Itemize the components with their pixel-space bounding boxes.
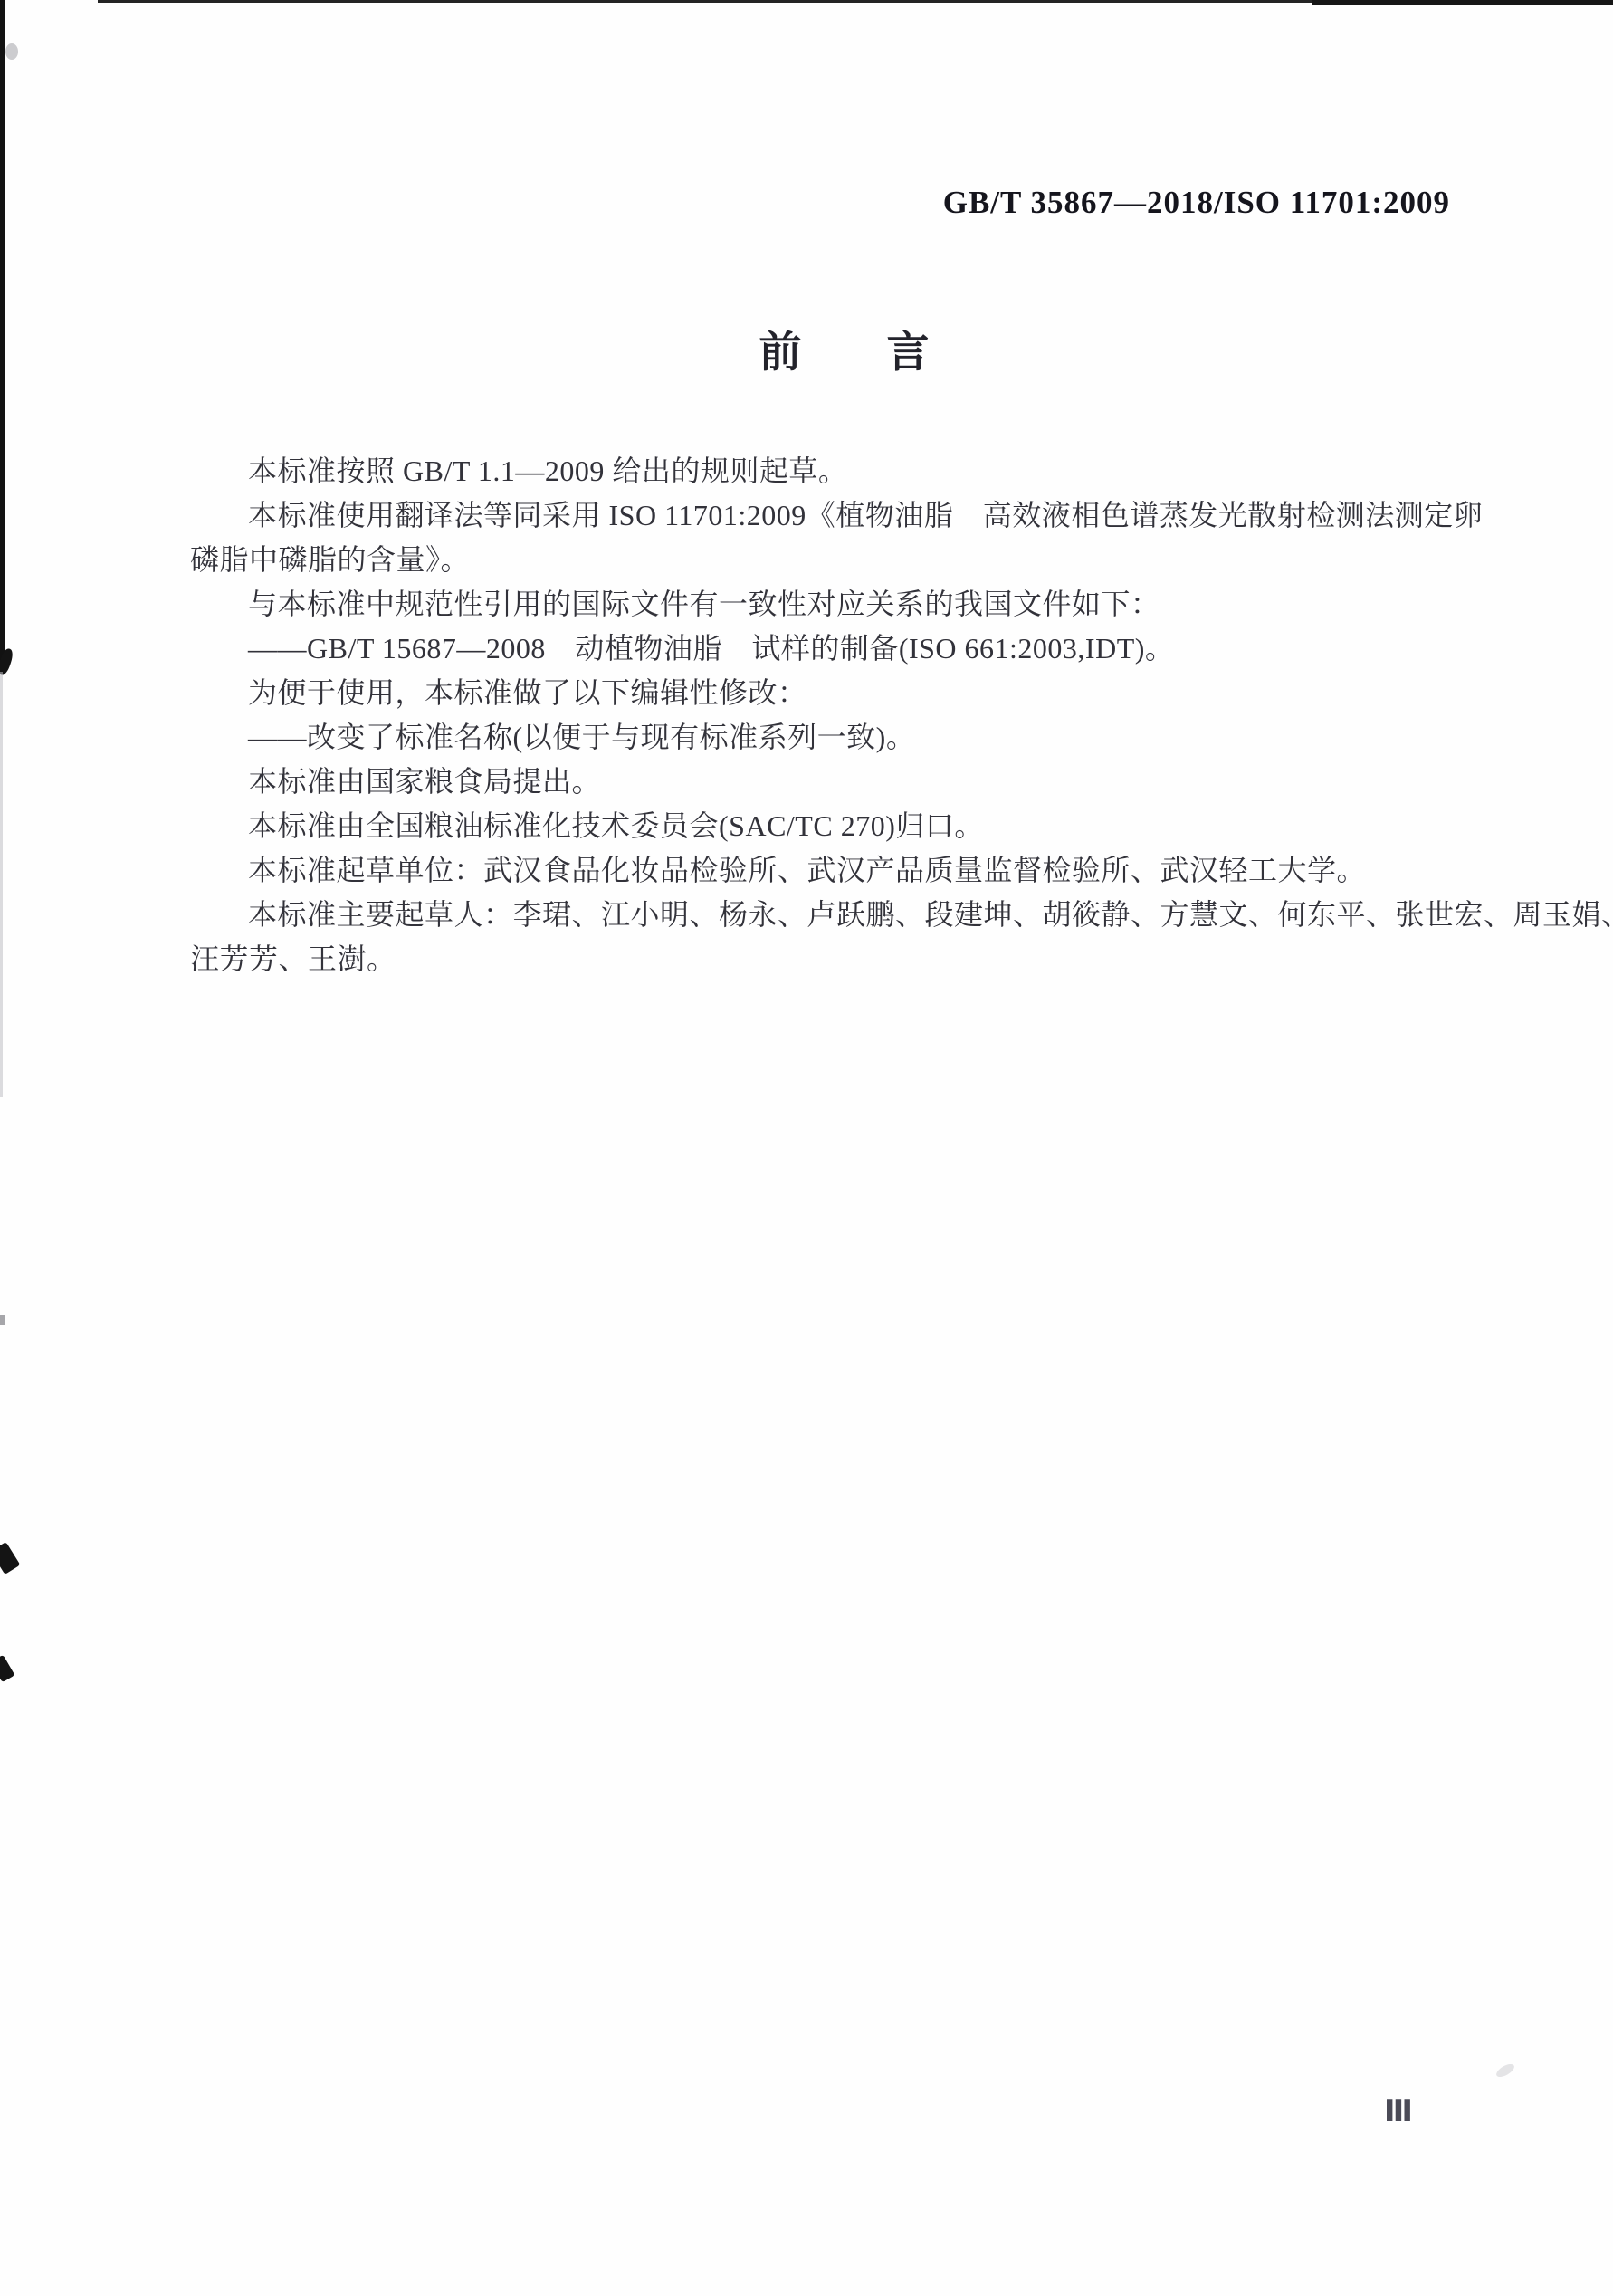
body-line: ——GB/T 15687—2008 动植物油脂 试样的制备(ISO 661:20…: [190, 627, 1512, 671]
scan-artifact-dash: [0, 1542, 20, 1574]
body-line: 汪芳芳、王澍。: [190, 937, 1512, 981]
scan-artifact-faint-strip: [0, 672, 3, 1097]
standard-number-header: GB/T 35867—2018/ISO 11701:2009: [190, 185, 1450, 221]
scan-artifact-dot: [0, 1315, 5, 1325]
body-line: 本标准由全国粮油标准化技术委员会(SAC/TC 270)归口。: [190, 804, 1512, 848]
document-page: GB/T 35867—2018/ISO 11701:2009 前 言 本标准按照…: [0, 0, 1613, 2296]
body-line: 本标准由国家粮食局提出。: [190, 760, 1512, 804]
body-line: 与本标准中规范性引用的国际文件有一致性对应关系的我国文件如下：: [190, 582, 1512, 627]
foreword-body: 本标准按照 GB/T 1.1—2009 给出的规则起草。 本标准使用翻译法等同采…: [190, 449, 1512, 981]
body-line: 为便于使用，本标准做了以下编辑性修改：: [190, 671, 1512, 715]
body-line: 本标准主要起草人：李珺、江小明、杨永、卢跃鹏、段建坤、胡筱静、方慧文、何东平、张…: [190, 893, 1512, 937]
page-title: 前 言: [190, 319, 1498, 379]
page-number: Ⅲ: [1317, 2093, 1480, 2129]
scan-artifact-corner-smudge: [5, 43, 18, 60]
body-line: 磷脂中磷脂的含量》。: [190, 538, 1512, 582]
body-line: 本标准按照 GB/T 1.1—2009 给出的规则起草。: [190, 449, 1512, 493]
scan-artifact-top-edge-right: [1312, 0, 1613, 5]
body-line: ——改变了标准名称(以便于与现有标准系列一致)。: [190, 715, 1512, 760]
body-line: 本标准使用翻译法等同采用 ISO 11701:2009《植物油脂 高效液相色谱蒸…: [190, 493, 1512, 538]
scan-artifact-left-strip: [0, 0, 5, 672]
body-line: 本标准起草单位：武汉食品化妆品检验所、武汉产品质量监督检验所、武汉轻工大学。: [190, 848, 1512, 893]
scan-artifact-dash: [0, 1655, 14, 1683]
scan-artifact-smudge: [1494, 2062, 1516, 2080]
